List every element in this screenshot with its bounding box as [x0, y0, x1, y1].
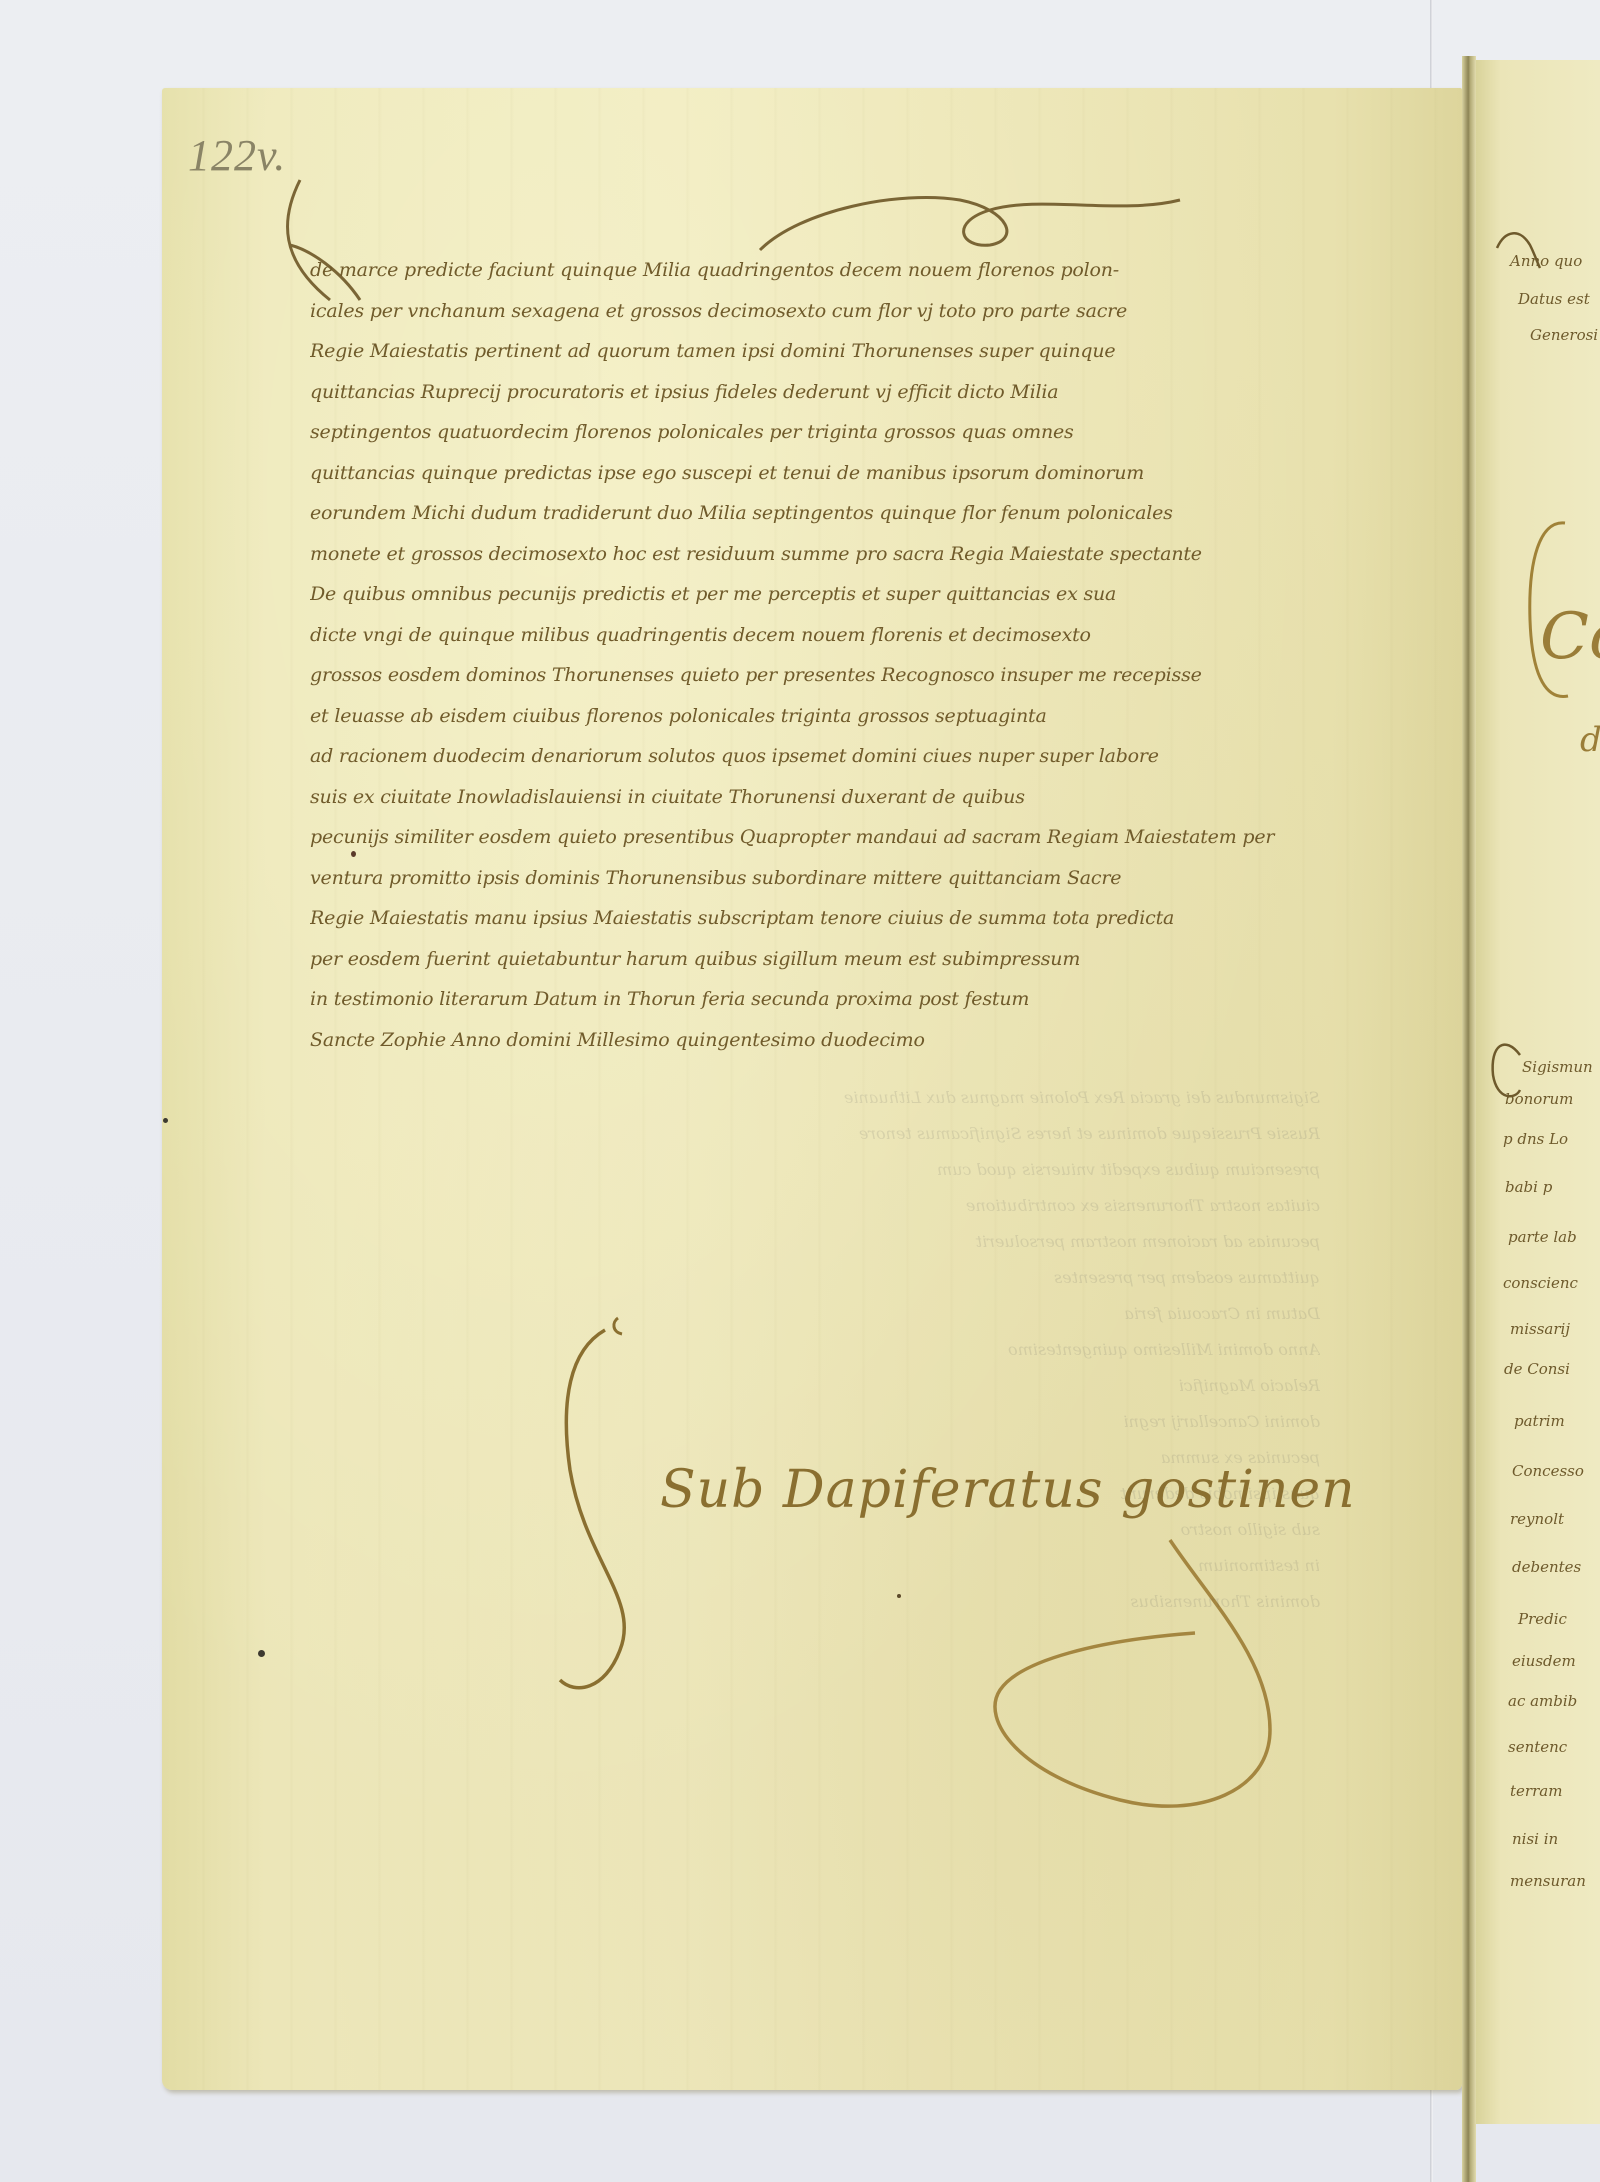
right-page-initial: Co: [1540, 600, 1600, 674]
text-line: pecunijs similiter eosdem quieto present…: [310, 817, 1350, 858]
right-page-line: babi p: [1505, 1178, 1552, 1196]
ghost-line: in testimonium: [320, 1548, 1320, 1584]
ghost-line: presencium quibus expedit vniuersis quod…: [320, 1152, 1320, 1188]
text-line: monete et grossos decimosexto hoc est re…: [310, 534, 1350, 575]
right-page-initial: dr: [1580, 720, 1600, 760]
text-line: per eosdem fuerint quietabuntur harum qu…: [310, 939, 1350, 980]
right-page-line: patrim: [1514, 1412, 1565, 1430]
main-text-block: de marce predicte faciunt quinque Milia …: [310, 250, 1350, 1060]
ink-speck: [258, 1650, 265, 1657]
text-line: quittancias quinque predictas ipse ego s…: [310, 453, 1350, 494]
text-line: de marce predicte faciunt quinque Milia …: [310, 250, 1350, 291]
text-line: in testimonio literarum Datum in Thorun …: [310, 979, 1350, 1020]
right-page-line: nisi in: [1512, 1830, 1558, 1848]
text-line: Sancte Zophie Anno domini Millesimo quin…: [310, 1020, 1350, 1061]
text-line: Regie Maiestatis manu ipsius Maiestatis …: [310, 898, 1350, 939]
ink-speck: [351, 851, 356, 857]
right-page-line: sentenc: [1508, 1738, 1567, 1756]
text-line: septingentos quatuordecim florenos polon…: [310, 412, 1350, 453]
ghost-line: ciuitas nostra Thorunensis ex contributi…: [320, 1188, 1320, 1224]
right-page-line: Predic: [1518, 1610, 1567, 1628]
ghost-line: Russie Prussieque dominus et heres Signi…: [320, 1116, 1320, 1152]
right-page-line: Concesso: [1512, 1462, 1584, 1480]
scan-scene: 122v. de marce predicte faciunt quinque …: [0, 0, 1600, 2182]
text-line: et leuasse ab eisdem ciuibus florenos po…: [310, 696, 1350, 737]
right-page-line: terram: [1510, 1782, 1562, 1800]
right-page-line: parte lab: [1508, 1228, 1577, 1246]
ghost-line: domini Cancellarij regni: [320, 1404, 1320, 1440]
right-page-line: conscienc: [1503, 1274, 1578, 1292]
right-page-line: missarij: [1510, 1320, 1570, 1338]
ghost-line: Datum in Cracouia feria: [320, 1296, 1320, 1332]
ghost-line: Anno domini Millesimo quingentesimo: [320, 1332, 1320, 1368]
signature-line: Sub Dapiferatus gostinen: [660, 1460, 1356, 1520]
text-line: eorundem Michi dudum tradiderunt duo Mil…: [310, 493, 1350, 534]
right-page-line: de Consi: [1504, 1360, 1570, 1378]
text-line: Regie Maiestatis pertinent ad quorum tam…: [310, 331, 1350, 372]
ghost-line: Relacio Magnifici: [320, 1368, 1320, 1404]
text-line: icales per vnchanum sexagena et grossos …: [310, 291, 1350, 332]
ghost-line: Sigismundus dei gracia Rex Polonie magnu…: [320, 1080, 1320, 1116]
right-page-line: Anno quo: [1510, 252, 1582, 270]
text-line: ad racionem duodecim denariorum solutos …: [310, 736, 1350, 777]
right-page-line: reynolt: [1510, 1510, 1564, 1528]
ghost-line: pecunias ad racionem nostram persoluerit: [320, 1224, 1320, 1260]
right-page-line: Sigismun: [1522, 1058, 1593, 1076]
ghost-line: quittamus eosdem per presentes: [320, 1260, 1320, 1296]
right-page-line: bonorum: [1505, 1090, 1573, 1108]
text-line: De quibus omnibus pecunijs predictis et …: [310, 574, 1350, 615]
folio-number: 122v.: [188, 130, 286, 181]
ghost-line: dominis Thorunensibus: [320, 1584, 1320, 1620]
text-line: suis ex ciuitate Inowladislauiensi in ci…: [310, 777, 1350, 818]
ink-speck: [897, 1594, 901, 1598]
right-page-line: debentes: [1512, 1558, 1581, 1576]
right-page-line: Generosi: [1530, 326, 1598, 344]
text-line: ventura promitto ipsis dominis Thorunens…: [310, 858, 1350, 899]
ink-speck: [163, 1118, 168, 1123]
text-line: grossos eosdem dominos Thorunenses quiet…: [310, 655, 1350, 696]
text-line: dicte vngi de quinque milibus quadringen…: [310, 615, 1350, 656]
bleedthrough-text: Sigismundus dei gracia Rex Polonie magnu…: [320, 1080, 1320, 1620]
right-page-line: ac ambib: [1508, 1692, 1577, 1710]
text-line: quittancias Ruprecij procuratoris et ips…: [310, 372, 1350, 413]
right-page-line: p dns Lo: [1503, 1130, 1568, 1148]
right-page-line: Datus est: [1518, 290, 1590, 308]
right-page-line: mensuran: [1510, 1872, 1586, 1890]
book-gutter: [1462, 56, 1476, 2182]
right-page-line: eiusdem: [1512, 1652, 1576, 1670]
